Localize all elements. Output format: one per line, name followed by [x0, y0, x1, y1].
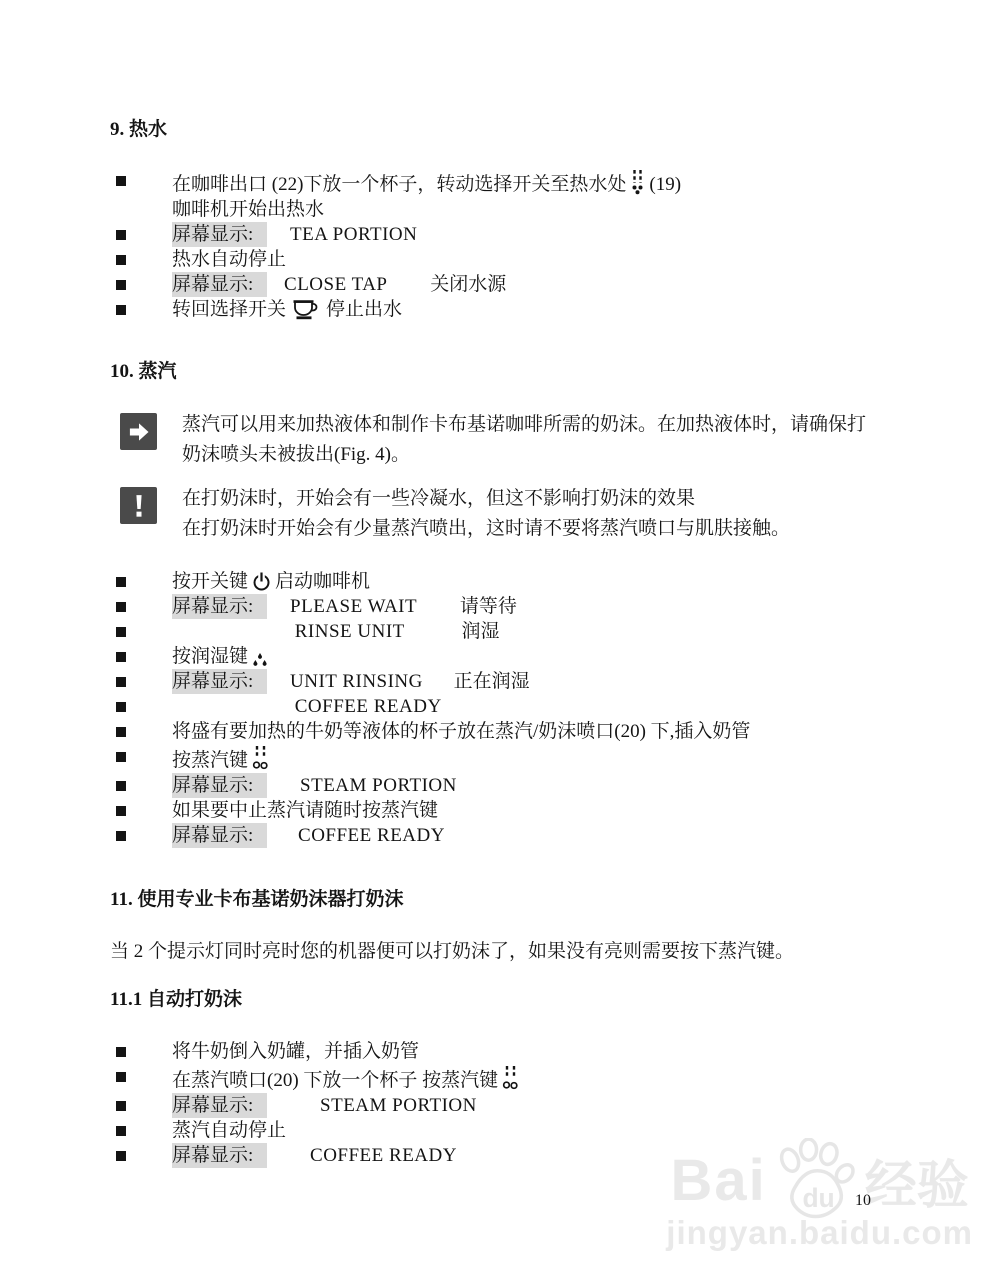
coffee-cup-icon [291, 297, 321, 321]
hot-water-icon [630, 168, 645, 195]
screen-display-label: 屏幕显示: [172, 823, 267, 848]
display-text-zh: 正在润湿 [454, 671, 530, 692]
section-11-paragraph: 当 2 个提示灯同时亮时您的机器便可以打奶沫了，如果没有亮则需要按下蒸汽键。 [110, 939, 909, 964]
section-9-heading: 9. 热水 [110, 117, 909, 142]
instruction-text: 启动咖啡机 [275, 571, 370, 592]
instruction-text: 如果要中止蒸汽请随时按蒸汽键 [172, 800, 438, 821]
bullet-square [116, 280, 126, 290]
steam-key-icon [252, 744, 269, 771]
bullet-row: COFFEE READY [110, 694, 909, 719]
display-text-en: STEAM PORTION [320, 1095, 477, 1116]
bullet-square [116, 305, 126, 315]
display-text-zh: 润湿 [462, 621, 500, 642]
bullet-row: 将盛有要加热的牛奶等液体的杯子放在蒸汽/奶沫喷口(20) 下,插入奶管 [110, 719, 909, 744]
bullet-square [116, 255, 126, 265]
bullet-square [116, 702, 126, 712]
bullet-square [116, 752, 126, 762]
display-text-en: COFFEE READY [295, 696, 442, 717]
bullet-row: 屏幕显示: CLOSE TAP 关闭水源 [110, 272, 909, 297]
bullet-square [116, 1126, 126, 1136]
watermark-du-text: du [802, 1183, 834, 1213]
instruction-text: 热水自动停止 [172, 249, 286, 270]
watermark-brand-cn: 经验 [865, 1143, 969, 1218]
page-number: 10 [855, 1192, 871, 1210]
bullet-row: 屏幕显示: TEA PORTION [110, 222, 909, 247]
screen-display-label: 屏幕显示: [172, 222, 267, 247]
rinse-drops-icon [252, 653, 268, 667]
bullet-square [116, 176, 126, 186]
warning-text: 在打奶沫时，开始会有一些冷凝水，但这不影响打奶沫的效果 [182, 484, 790, 514]
instruction-text: 将盛有要加热的牛奶等液体的杯子放在蒸汽/奶沫喷口(20) 下,插入奶管 [172, 721, 750, 742]
section-9-list: 在咖啡出口 (22)下放一个杯子，转动选择开关至热水处(19) 咖啡机开始出热水… [110, 168, 909, 322]
instruction-text: 停止出水 [326, 299, 402, 320]
display-text-en: UNIT RINSING [290, 671, 423, 692]
bullet-square [116, 627, 126, 637]
warning-text: 在打奶沫时开始会有少量蒸汽喷出，这时请不要将蒸汽喷口与肌肤接触。 [182, 514, 790, 544]
bullet-row: 屏幕显示: COFFEE READY [110, 823, 909, 848]
bullet-row: 如果要中止蒸汽请随时按蒸汽键 [110, 798, 909, 823]
bullet-row: 屏幕显示: UNIT RINSING 正在润湿 [110, 669, 909, 694]
note-block: 蒸汽可以用来加热液体和制作卡布基诺咖啡所需的奶沫。在加热液体时，请确保打 奶沫喷… [110, 410, 909, 470]
bullet-row: 屏幕显示: PLEASE WAIT 请等待 [110, 594, 909, 619]
power-icon [252, 571, 271, 592]
section-11-heading: 11. 使用专业卡布基诺奶沫器打奶沫 [110, 887, 909, 912]
note-text: 蒸汽可以用来加热液体和制作卡布基诺咖啡所需的奶沫。在加热液体时，请确保打 [182, 410, 866, 440]
baidu-paw-icon: du [769, 1138, 857, 1222]
baidu-jingyan-watermark: Bai du 经验 jingyan.baidu.com [666, 1138, 973, 1252]
arrow-right-icon [120, 413, 157, 450]
bullet-row: 在咖啡出口 (22)下放一个杯子，转动选择开关至热水处(19) 咖啡机开始出热水 [110, 168, 909, 222]
manual-page: 9. 热水 在咖啡出口 (22)下放一个杯子，转动选择开关至热水处(19) 咖啡… [0, 0, 989, 1168]
display-text-en: COFFEE READY [298, 825, 445, 846]
bullet-square [116, 1101, 126, 1111]
display-text-zh: 关闭水源 [430, 274, 506, 295]
instruction-text: 按开关键 [172, 571, 248, 592]
section-10-list: 按开关键启动咖啡机 屏幕显示: PLEASE WAIT 请等待 RINSE UN… [110, 569, 909, 848]
screen-display-label: 屏幕显示: [172, 272, 267, 297]
note-text: 奶沫喷头未被拔出(Fig. 4)。 [182, 440, 866, 470]
screen-display-label: 屏幕显示: [172, 1093, 267, 1118]
bullet-row: 将牛奶倒入奶罐，并插入奶管 [110, 1039, 909, 1064]
display-text-en: PLEASE WAIT [290, 596, 417, 617]
display-text-en: TEA PORTION [290, 224, 417, 245]
bullet-row: 在蒸汽喷口(20) 下放一个杯子 按蒸汽键 [110, 1064, 909, 1093]
instruction-text: 将牛奶倒入奶罐，并插入奶管 [172, 1041, 419, 1062]
instruction-text: 按蒸汽键 [172, 750, 248, 771]
bullet-row: 热水自动停止 [110, 247, 909, 272]
bullet-row: 按开关键启动咖啡机 [110, 569, 909, 594]
bullet-square [116, 806, 126, 816]
screen-display-label: 屏幕显示: [172, 1143, 267, 1168]
watermark-logo-row: Bai du 经验 [666, 1138, 973, 1222]
instruction-text: 蒸汽自动停止 [172, 1120, 286, 1141]
bullet-square [116, 831, 126, 841]
bullet-square [116, 1072, 126, 1082]
bullet-square [116, 727, 126, 737]
display-text-en: RINSE UNIT [295, 621, 405, 642]
display-text-en: COFFEE READY [310, 1145, 457, 1166]
bullet-row: 按蒸汽键 [110, 744, 909, 773]
bullet-row: 转回选择开关停止出水 [110, 297, 909, 322]
instruction-text: 在咖啡出口 (22)下放一个杯子，转动选择开关至热水处 [172, 174, 626, 195]
instruction-text: 按润湿键 [172, 646, 248, 667]
bullet-square [116, 1151, 126, 1161]
bullet-square [116, 677, 126, 687]
bullet-square [116, 230, 126, 240]
bullet-square [116, 602, 126, 612]
bullet-square [116, 577, 126, 587]
steam-key-icon [502, 1064, 519, 1091]
bullet-row: RINSE UNIT 润湿 [110, 619, 909, 644]
display-text-en: STEAM PORTION [300, 775, 457, 796]
bullet-row: 屏幕显示: STEAM PORTION [110, 1093, 909, 1118]
display-text-zh: 请等待 [460, 596, 517, 617]
bullet-row: 屏幕显示: STEAM PORTION [110, 773, 909, 798]
instruction-text: 转回选择开关 [172, 299, 286, 320]
watermark-url: jingyan.baidu.com [666, 1214, 973, 1252]
instruction-ref: (19) [649, 174, 681, 195]
screen-display-label: 屏幕显示: [172, 594, 267, 619]
bullet-square [116, 781, 126, 791]
watermark-brand-left: Bai [671, 1147, 767, 1214]
exclamation-icon [120, 487, 157, 524]
warning-block: 在打奶沫时，开始会有一些冷凝水，但这不影响打奶沫的效果 在打奶沫时开始会有少量蒸… [110, 484, 909, 544]
instruction-cont: 咖啡机开始出热水 [172, 197, 681, 222]
display-text-en: CLOSE TAP [284, 274, 387, 295]
screen-display-label: 屏幕显示: [172, 773, 267, 798]
instruction-text: 在蒸汽喷口(20) 下放一个杯子 按蒸汽键 [172, 1070, 498, 1091]
bullet-square [116, 652, 126, 662]
screen-display-label: 屏幕显示: [172, 669, 267, 694]
bullet-square [116, 1047, 126, 1057]
section-10-heading: 10. 蒸汽 [110, 359, 909, 384]
bullet-row: 按润湿键 [110, 644, 909, 669]
section-11-1-heading: 11.1 自动打奶沫 [110, 987, 909, 1012]
